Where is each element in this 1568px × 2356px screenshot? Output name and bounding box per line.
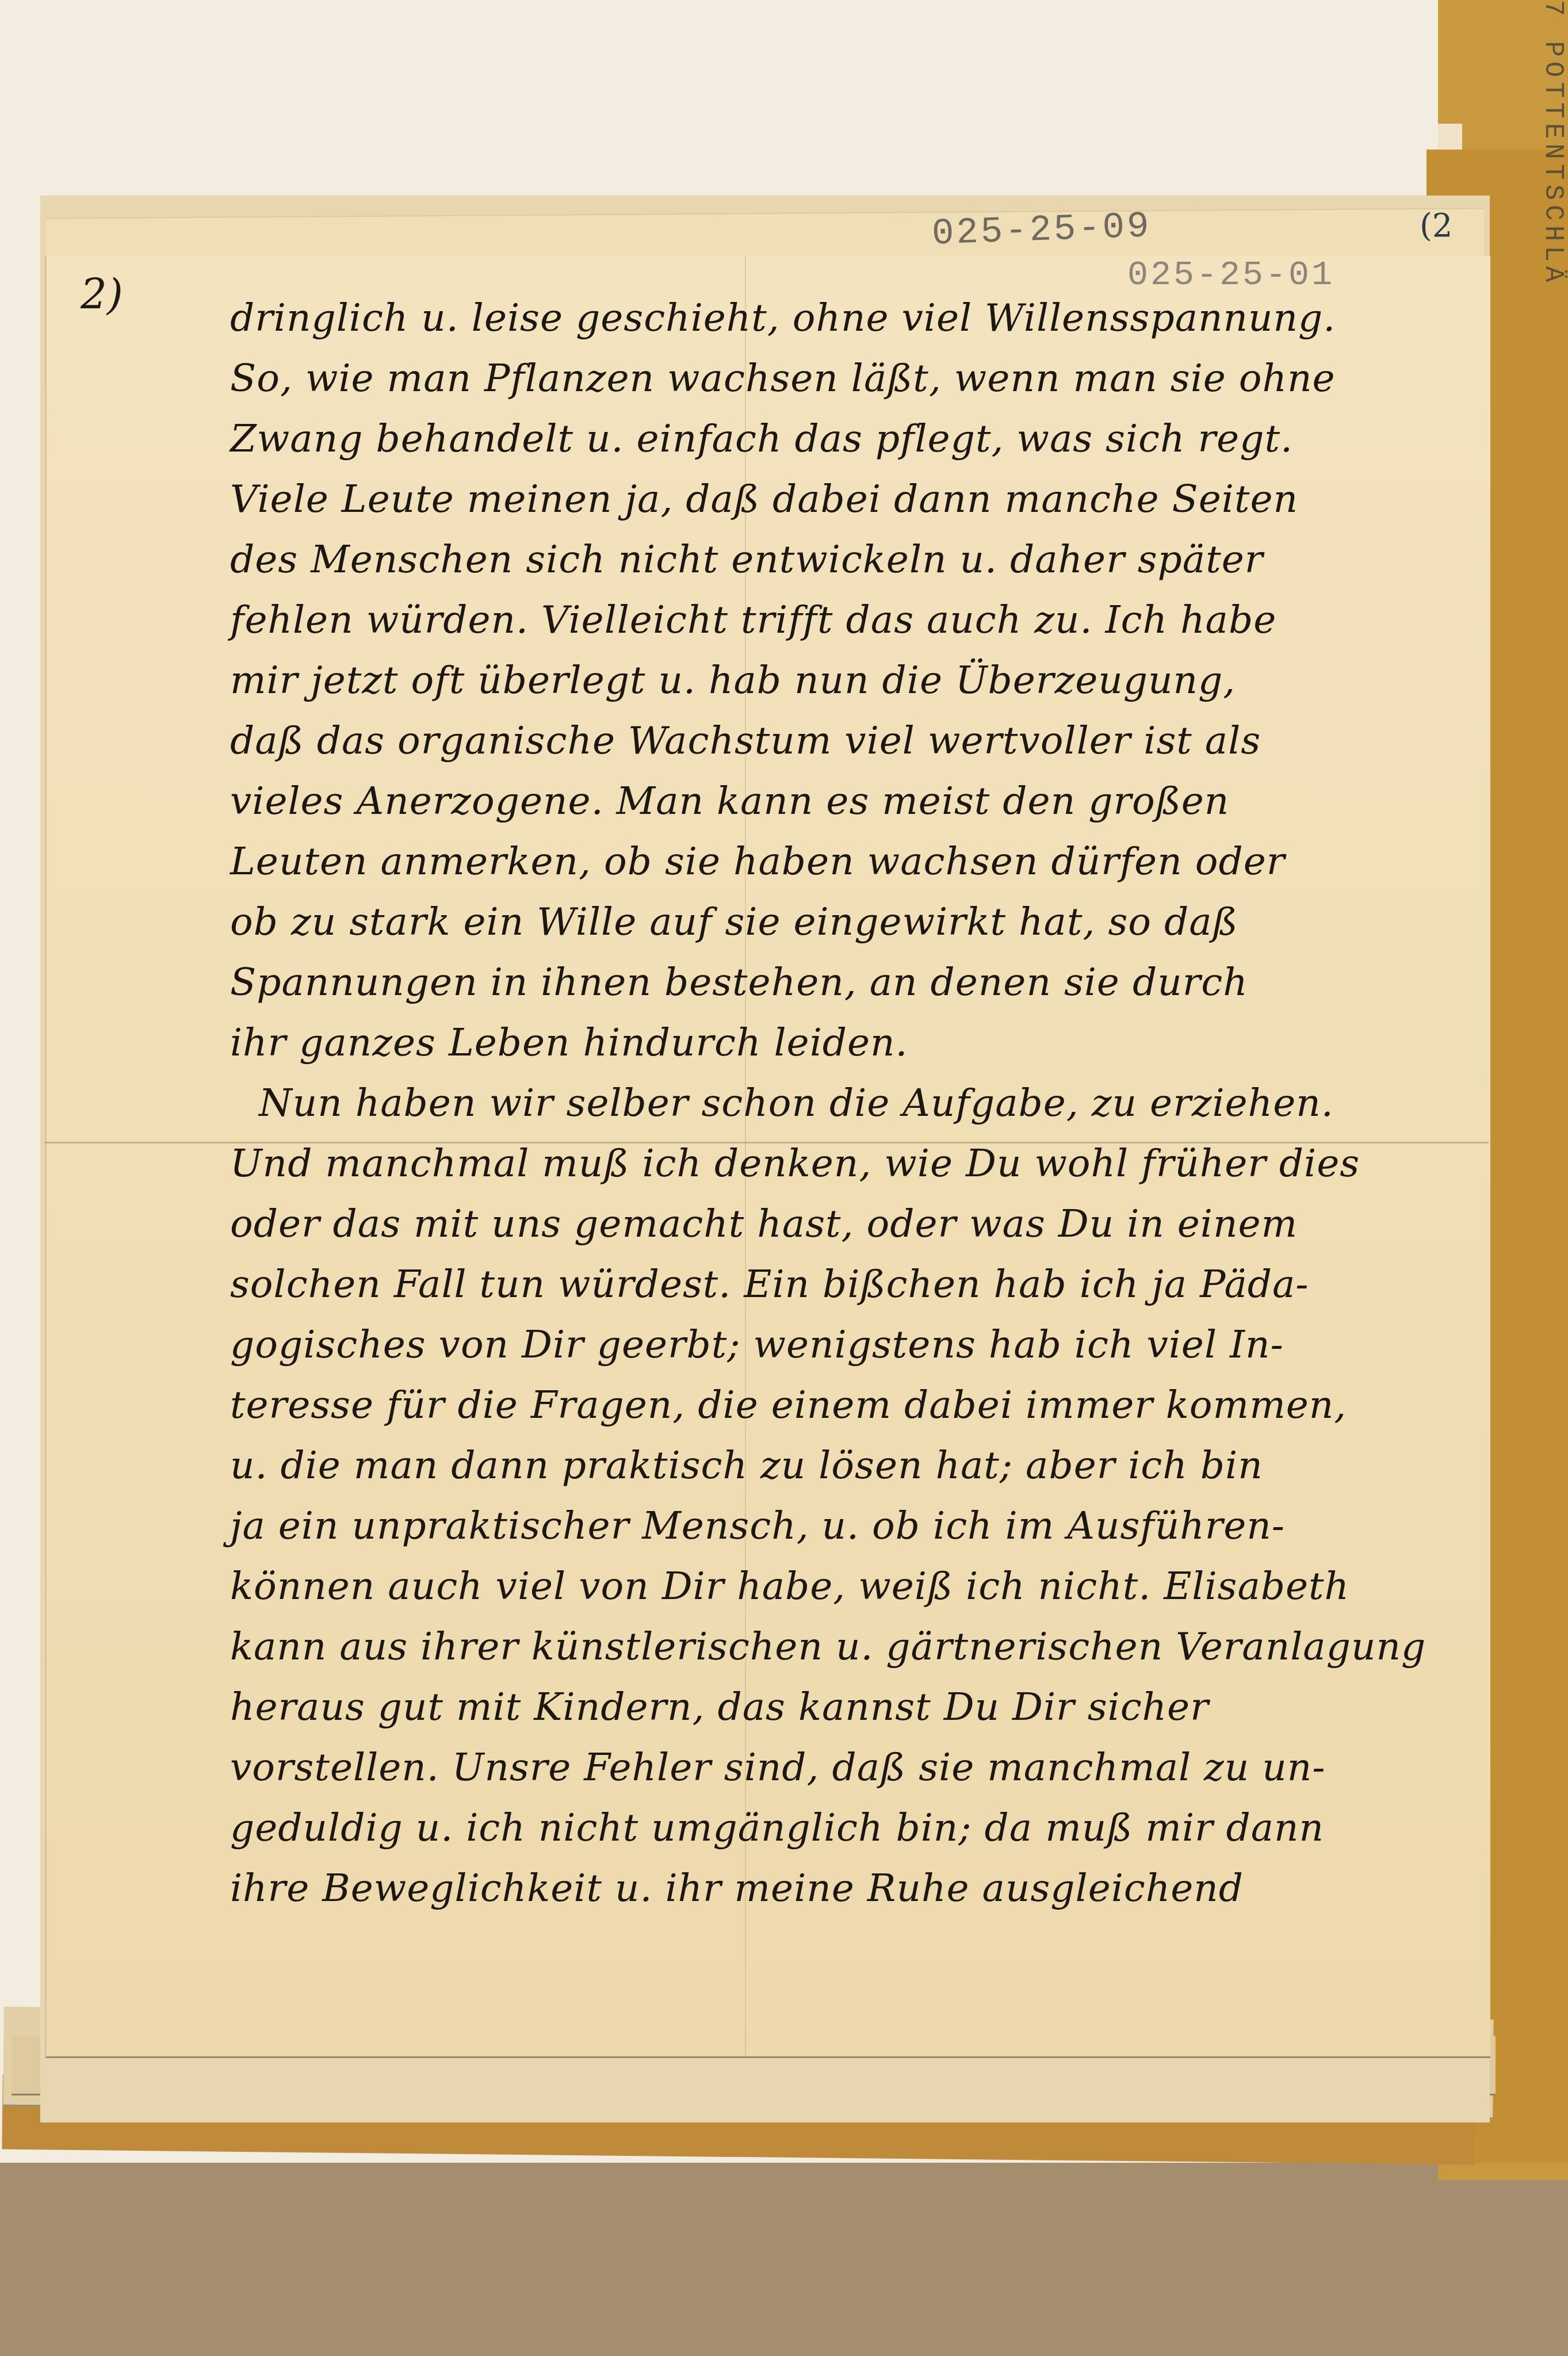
letter-line: ob zu stark ein Wille auf sie eingewirkt…: [230, 892, 1496, 952]
letter-line: daß das organische Wachstum viel wertvol…: [230, 710, 1496, 771]
letter-line: gogisches von Dir geerbt; wenigstens hab…: [230, 1314, 1496, 1375]
letter-line: ihr ganzes Leben hindurch leiden.: [230, 1012, 1496, 1073]
letter-line: können auch viel von Dir habe, weiß ich …: [230, 1556, 1496, 1616]
letter-line: vorstellen. Unsre Fehler sind, daß sie m…: [230, 1737, 1496, 1797]
letter-line: mir jetzt oft überlegt u. hab nun die Üb…: [230, 650, 1496, 710]
letter-line: kann aus ihrer künstlerischen u. gärtner…: [230, 1616, 1496, 1677]
letter-line: u. die man dann praktisch zu lösen hat; …: [230, 1435, 1496, 1496]
letter-line: geduldig u. ich nicht umgänglich bin; da…: [230, 1797, 1496, 1858]
letter-line: teresse für die Fragen, die einem dabei …: [230, 1375, 1496, 1435]
letter-line: ihre Beweglichkeit u. ihr meine Ruhe aus…: [230, 1858, 1496, 1918]
background-typed-strip: 7 POTTENTSCHLÄ: [1530, 0, 1568, 403]
letter-line: Leuten anmerken, ob sie haben wachsen dü…: [230, 831, 1496, 892]
letter-line: Viele Leute meinen ja, daß dabei dann ma…: [230, 469, 1496, 529]
letter-line: fehlen würden. Vielleicht trifft das auc…: [230, 590, 1496, 650]
letter-line: vieles Anerzogene. Man kann es meist den…: [230, 771, 1496, 831]
letter-line: solchen Fall tun würdest. Ein bißchen ha…: [230, 1254, 1496, 1314]
letter-line: dringlich u. leise geschieht, ohne viel …: [230, 288, 1496, 348]
tape-tab: [1438, 124, 1462, 150]
letter-line: Spannungen in ihnen bestehen, an denen s…: [230, 952, 1496, 1012]
letter-line: heraus gut mit Kindern, das kannst Du Di…: [230, 1677, 1496, 1737]
letter-line: So, wie man Pflanzen wachsen läßt, wenn …: [230, 348, 1496, 408]
archive-stamp-top: 025-25-09: [931, 206, 1152, 255]
letter-line: Zwang behandelt u. einfach das pflegt, w…: [230, 408, 1496, 469]
letter-line: des Menschen sich nicht entwickeln u. da…: [230, 529, 1496, 590]
letter-body: dringlich u. leise geschieht, ohne viel …: [230, 288, 1496, 1918]
letter-line-paragraph-start: Nun haben wir selber schon die Aufgabe, …: [230, 1073, 1496, 1133]
letter-line: oder das mit uns gemacht hast, oder was …: [230, 1194, 1496, 1254]
sheet-marker: (2: [1420, 207, 1452, 244]
page-number: 2): [81, 270, 123, 319]
letter-line: Und manchmal muß ich denken, wie Du wohl…: [230, 1133, 1496, 1194]
letter-line: ja ein unpraktischer Mensch, u. ob ich i…: [230, 1496, 1496, 1556]
